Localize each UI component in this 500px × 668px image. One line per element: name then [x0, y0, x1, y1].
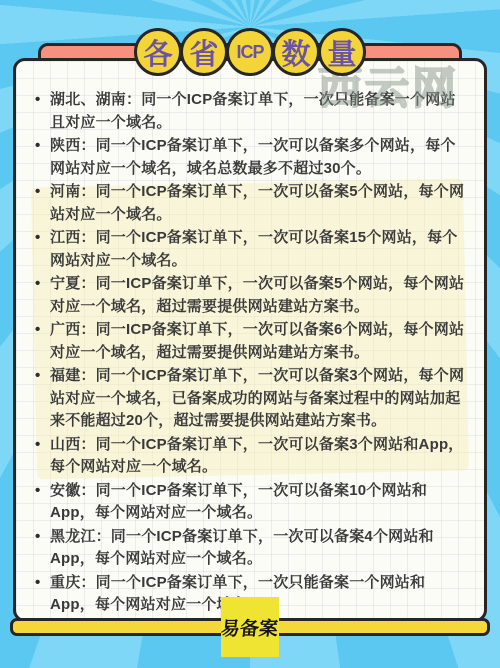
page-title: 各 省 ICP 数 量: [0, 28, 500, 76]
list-item-text: 江西：同一个ICP备案订单下，一次可以备案15个网站，每个网站对应一个域名。: [50, 229, 458, 269]
list-item: 河南：同一个ICP备案订单下，一次可以备案5个网站，每个网站对应一个域名。: [33, 181, 466, 226]
list-item: 安徽：同一个ICP备案订单下，一次可以备案10个网站和App，每个网站对应一个域…: [33, 480, 466, 525]
title-char-circle: 数: [272, 28, 320, 76]
title-char-circle: 量: [318, 28, 366, 76]
title-char-circle: 省: [180, 28, 228, 76]
title-char: ICP: [236, 42, 263, 63]
list-item: 湖北、湖南：同一个ICP备案订单下，一次只能备案一个网站且对应一个域名。: [33, 89, 466, 134]
province-list: 湖北、湖南：同一个ICP备案订单下，一次只能备案一个网站且对应一个域名。 陕西：…: [16, 61, 484, 617]
title-char: 省: [189, 32, 218, 73]
list-item: 宁夏：同一ICP备案订单下，一次可以备案5个网站，每个网站对应一个域名，超过需要…: [33, 273, 466, 318]
list-item-text: 广西：同一ICP备案订单下，一次可以备案6个网站，每个网站对应一个域名，超过需要…: [50, 321, 464, 361]
list-item: 陕西：同一个ICP备案订单下，一次可以备案多个网站，每个网站对应一个域名，域名总…: [33, 135, 466, 180]
list-item-text: 宁夏：同一ICP备案订单下，一次可以备案5个网站，每个网站对应一个域名，超过需要…: [50, 275, 464, 315]
list-item-text: 陕西：同一个ICP备案订单下，一次可以备案多个网站，每个网站对应一个域名，域名总…: [50, 137, 456, 177]
list-item: 山西：同一个ICP备案订单下，一次可以备案3个网站和App，每个网站对应一个域名…: [33, 434, 466, 479]
footer-badge: 易备案: [221, 597, 279, 657]
footer-badge-label: 易备案: [220, 614, 280, 641]
list-item-text: 湖北、湖南：同一个ICP备案订单下，一次只能备案一个网站且对应一个域名。: [50, 91, 456, 131]
title-char-circle: ICP: [226, 28, 274, 76]
title-char: 数: [281, 32, 310, 73]
list-item-text: 黑龙江：同一个ICP备案订单下，一次可以备案4个网站和App，每个网站对应一个域…: [50, 528, 434, 568]
list-item-text: 山西：同一个ICP备案订单下，一次可以备案3个网站和App，每个网站对应一个域名…: [50, 436, 464, 476]
list-item-text: 河南：同一个ICP备案订单下，一次可以备案5个网站，每个网站对应一个域名。: [50, 183, 464, 223]
list-item-text: 安徽：同一个ICP备案订单下，一次可以备案10个网站和App，每个网站对应一个域…: [50, 482, 427, 522]
list-item: 江西：同一个ICP备案订单下，一次可以备案15个网站，每个网站对应一个域名。: [33, 227, 466, 272]
title-char: 量: [327, 32, 356, 73]
list-item: 广西：同一ICP备案订单下，一次可以备案6个网站，每个网站对应一个域名，超过需要…: [33, 319, 466, 364]
infographic-poster: 湖北、湖南：同一个ICP备案订单下，一次只能备案一个网站且对应一个域名。 陕西：…: [0, 0, 500, 668]
title-char: 各: [143, 32, 172, 73]
list-item-text: 福建：同一个ICP备案订单下，一次可以备案3个网站，每个网站对应一个域名，已备案…: [50, 367, 464, 429]
title-char-circle: 各: [134, 28, 182, 76]
list-item: 福建：同一个ICP备案订单下，一次可以备案3个网站，每个网站对应一个域名，已备案…: [33, 365, 466, 433]
list-item: 黑龙江：同一个ICP备案订单下，一次可以备案4个网站和App，每个网站对应一个域…: [33, 526, 466, 571]
content-card: 湖北、湖南：同一个ICP备案订单下，一次只能备案一个网站且对应一个域名。 陕西：…: [13, 58, 487, 622]
